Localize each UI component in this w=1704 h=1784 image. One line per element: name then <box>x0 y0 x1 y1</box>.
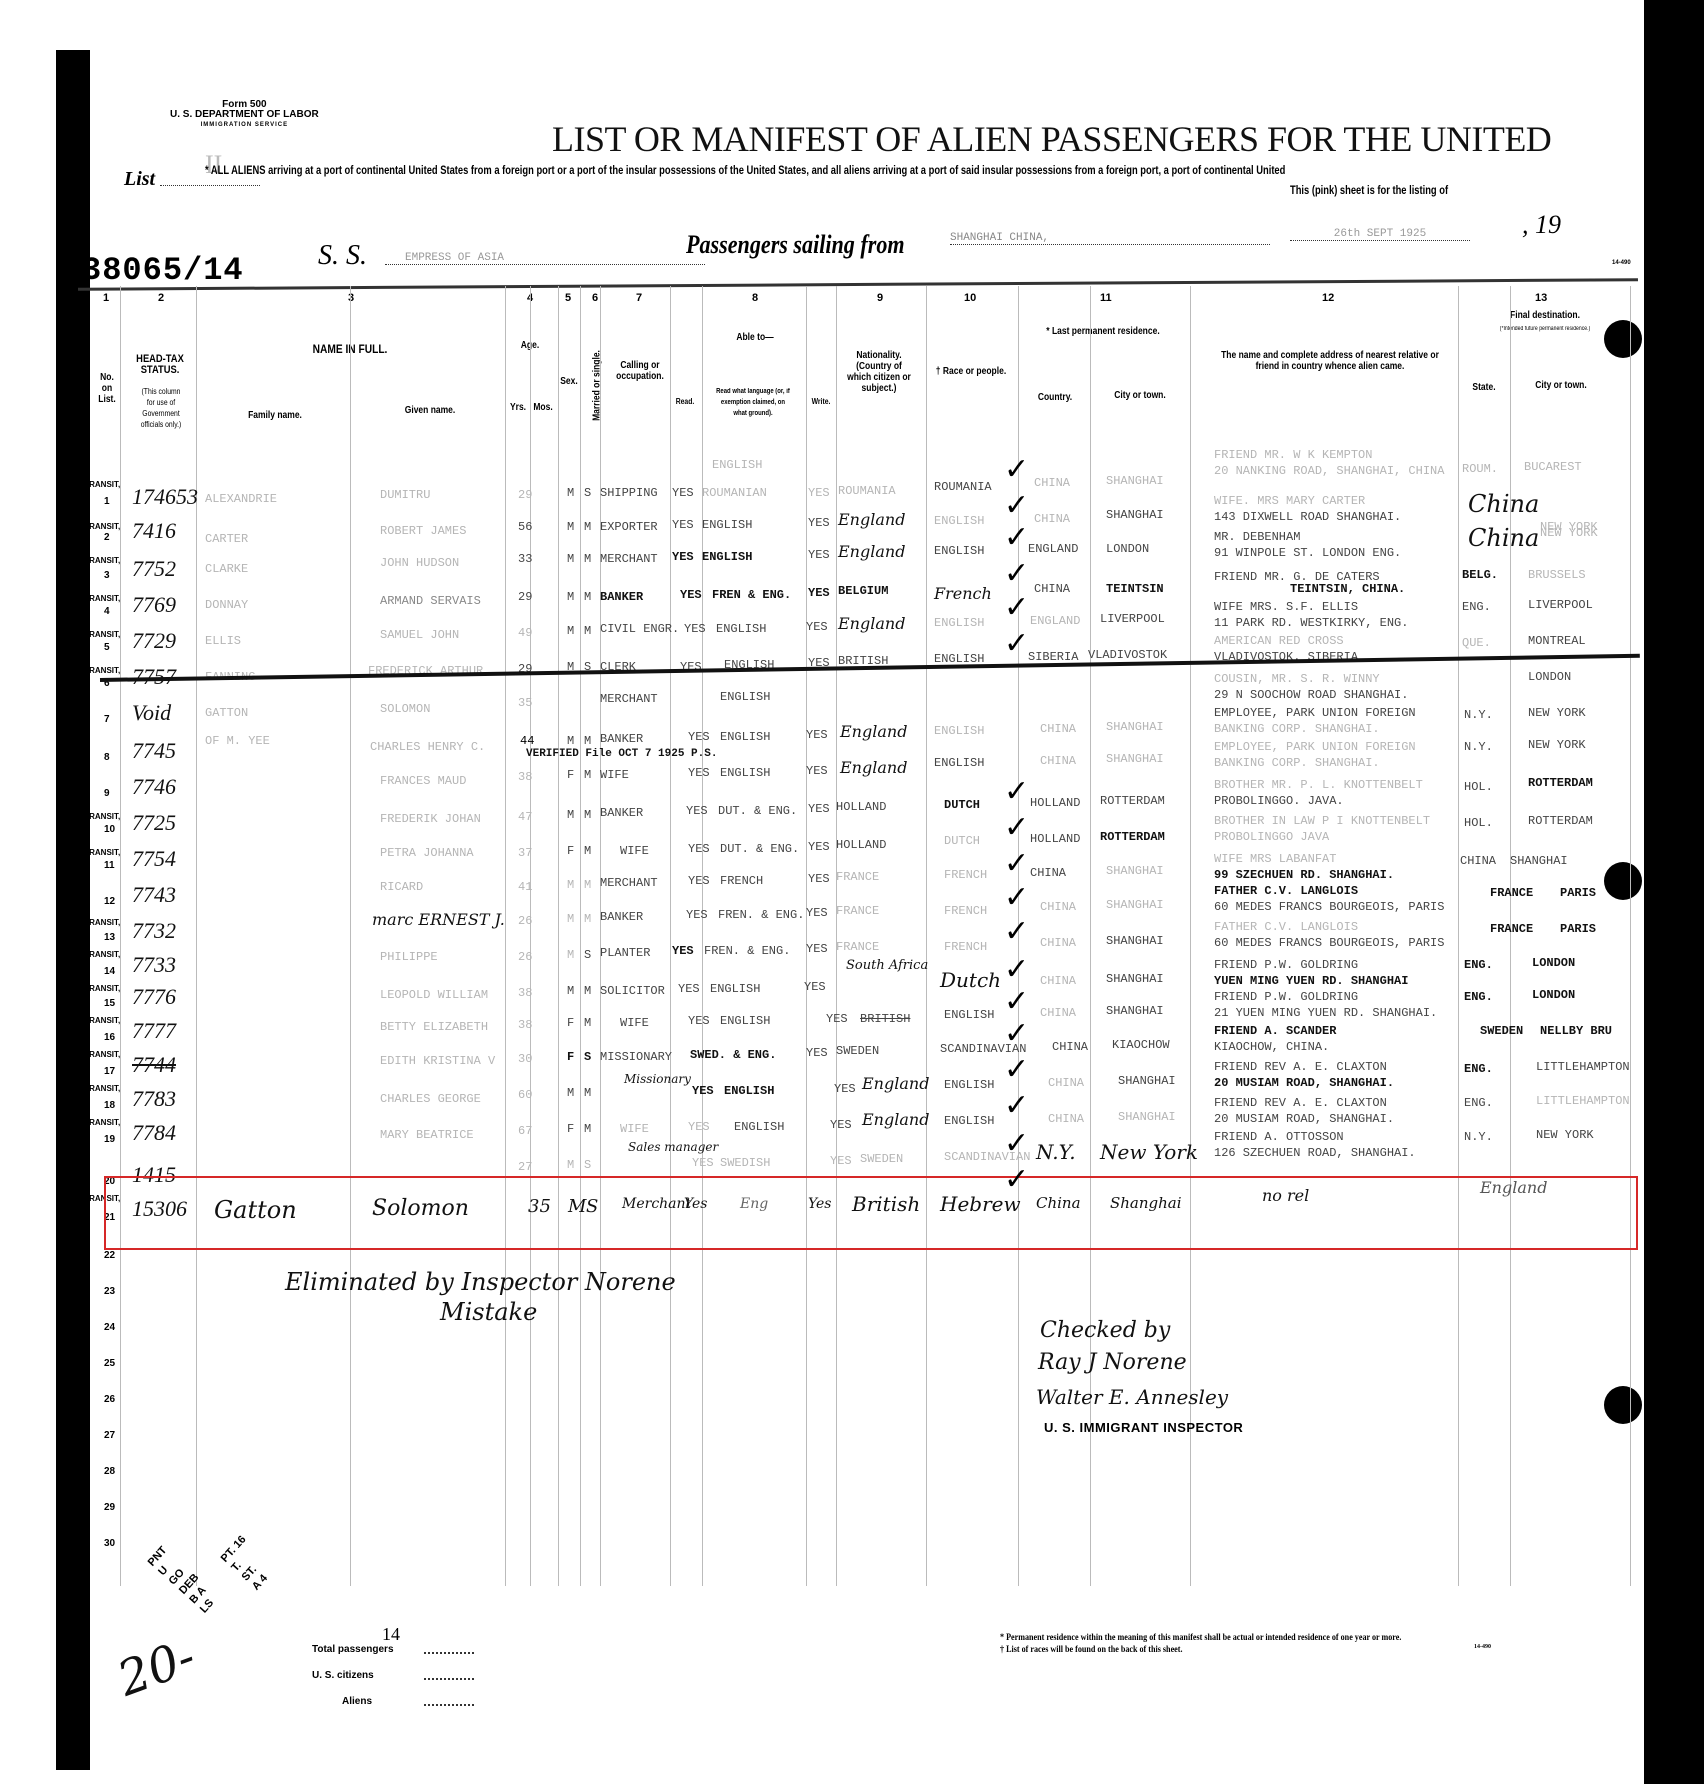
cell-given-name: MARY BEATRICE <box>380 1128 474 1142</box>
cell-family-name: GATTON <box>205 706 248 720</box>
head-tax-number: 7729 <box>132 628 176 654</box>
header-no-on-list: No. on List. <box>96 372 118 405</box>
cell-given-name: Solomon <box>372 1196 469 1221</box>
cell-city: TEINTSIN <box>1106 582 1164 596</box>
cell-write: YES <box>806 1046 828 1060</box>
cell-read: YES <box>692 1156 714 1170</box>
cell-race: ENGLISH <box>944 1078 994 1092</box>
cell-note: ENGLISH <box>712 458 762 472</box>
cell-write: YES <box>806 906 828 920</box>
cell-state: HOL. <box>1464 816 1493 830</box>
cell-occupation: BANKER <box>600 806 643 820</box>
in-transit-label: IN TRANSIT, <box>74 556 120 565</box>
checkmark-icon: ✓ <box>1004 914 1029 949</box>
cell-relative: FATHER C.V. LANGLOIS <box>1214 884 1358 898</box>
header-city: City or town. <box>1106 390 1174 401</box>
stamp-number: 20- <box>111 1628 203 1707</box>
cell-language: ENGLISH <box>720 766 770 780</box>
cell-read: YES <box>688 1014 710 1028</box>
cell-city: ROTTERDAM <box>1100 830 1165 844</box>
department-name: U. S. DEPARTMENT OF LABOR <box>170 110 319 120</box>
cell-write: YES <box>808 872 830 886</box>
cell-language: ENGLISH <box>734 1120 784 1134</box>
cell-age: 35 <box>518 696 532 710</box>
cell-age: 35 <box>528 1196 551 1217</box>
punch-hole <box>1604 862 1642 900</box>
cell-read: YES <box>684 622 706 636</box>
col-num: 10 <box>964 292 976 304</box>
cell-age: 26 <box>518 914 532 928</box>
cell-nationality: England <box>862 1074 929 1093</box>
cell-occupation: EXPORTER <box>600 520 658 534</box>
row-number: 17 <box>104 1066 115 1077</box>
cell-marital: M <box>584 878 591 892</box>
col-num: 12 <box>1322 292 1334 304</box>
cell-nationality: FRANCE <box>836 940 879 954</box>
header-able-to: Able to— <box>717 332 794 343</box>
cell-marital: M <box>584 844 591 858</box>
cell-state: England <box>1480 1178 1547 1197</box>
cell-age: 38 <box>518 1018 532 1032</box>
cell-dest-city: LIVERPOOL <box>1528 598 1593 612</box>
checkmark-icon: ✓ <box>1004 984 1029 1019</box>
cell-dest-city: LITTLEHAMPTON <box>1536 1094 1630 1108</box>
cell-occupation: Sales manager <box>628 1140 718 1154</box>
cell-relative: FRIEND REV A. E. CLAXTON <box>1214 1096 1387 1110</box>
cell-country: CHINA <box>1040 936 1076 950</box>
cell-marital: S <box>586 1196 598 1217</box>
in-transit-label: IN TRANSIT, <box>74 1050 120 1059</box>
cell-read: YES <box>672 486 694 500</box>
cell-city: SHANGHAI <box>1106 864 1164 878</box>
cell-age: 44 <box>520 734 534 748</box>
cell-dest-city: PARIS <box>1560 886 1596 900</box>
cell-race: FRENCH <box>944 904 987 918</box>
cell-read: YES <box>672 550 694 564</box>
cell-age: 38 <box>518 770 532 784</box>
head-tax-number: 7746 <box>132 774 176 800</box>
cell-given-name: ROBERT JAMES <box>380 524 466 538</box>
checkmark-icon: ✓ <box>1004 880 1029 915</box>
cell-nationality: SWEDEN <box>860 1152 903 1166</box>
cell-state: QUE. <box>1462 636 1491 650</box>
checkmark-icon: ✓ <box>1004 952 1029 987</box>
list-label: List <box>124 168 155 191</box>
cell-given-name: SOLOMON <box>380 702 430 716</box>
cell-dest-city: LONDON <box>1528 670 1571 684</box>
cell-read: YES <box>678 982 700 996</box>
cell-state: FRANCE <box>1490 922 1533 936</box>
header-sex: Sex. <box>560 376 579 387</box>
cell-family-name: ELLIS <box>205 634 241 648</box>
cell-relative: FRIEND A. SCANDER <box>1214 1024 1336 1038</box>
cell-relative-address: 29 N SOOCHOW ROAD SHANGHAI. <box>1214 688 1408 702</box>
cell-language: ENGLISH <box>702 518 752 532</box>
cell-state: FRANCE <box>1490 886 1533 900</box>
cell-relative-address: KIAOCHOW, CHINA. <box>1214 1040 1329 1054</box>
cell-relative: COUSIN, MR. S. R. WINNY <box>1214 672 1380 686</box>
cell-city: SHANGHAI <box>1106 474 1164 488</box>
cell-nationality: England <box>838 614 905 633</box>
cell-state: N.Y. <box>1464 708 1493 722</box>
cell-dest-city: NEW YORK <box>1540 526 1598 540</box>
cell-occupation: CIVIL ENGR. <box>600 622 679 636</box>
cell-marital: S <box>584 1050 591 1064</box>
cell-write: YES <box>830 1154 852 1168</box>
cell-state: ENG. <box>1464 1096 1493 1110</box>
cell-sex: F <box>567 1050 574 1064</box>
cell-sex: M <box>567 984 574 998</box>
cell-write: YES <box>808 486 830 500</box>
head-tax-number: 174653 <box>132 484 198 510</box>
cell-relative: FRIEND P.W. GOLDRING <box>1214 990 1358 1004</box>
head-tax-number: 7745 <box>132 738 176 764</box>
cell-country: CHINA <box>1034 512 1070 526</box>
cell-family-name: Gatton <box>214 1196 297 1224</box>
header-country: Country. <box>1025 392 1085 403</box>
in-transit-label: IN TRANSIT, <box>74 1084 120 1093</box>
row-number: 16 <box>104 1032 115 1043</box>
cell-marital: M <box>584 768 591 782</box>
cell-occupation: BANKER <box>600 590 643 604</box>
head-tax-number: 7754 <box>132 846 176 872</box>
form-code: 14-490 <box>1612 260 1631 266</box>
cell-relative-address: 60 MEDES FRANCS BOURGEOIS, PARIS <box>1214 900 1444 914</box>
head-tax-number: 7743 <box>132 882 176 908</box>
header-state: State. <box>1465 382 1502 393</box>
us-citizens-label: U. S. citizens <box>312 1670 374 1681</box>
cell-relative-address: BANKING CORP. SHANGHAI. <box>1214 756 1380 770</box>
cell-nationality: ROUMANIA <box>838 484 896 498</box>
cell-language: ENGLISH <box>724 1084 774 1098</box>
cell-dest-city: SHANGHAI <box>1510 854 1568 868</box>
cell-city: LIVERPOOL <box>1100 612 1165 626</box>
footnote-residence: * Permanent residence within the meaning… <box>1000 1632 1401 1642</box>
cell-relative: no rel <box>1262 1186 1309 1205</box>
head-tax-number: Void <box>132 700 171 726</box>
cell-language: SWEDISH <box>720 1156 770 1170</box>
cell-occupation: BANKER <box>600 910 643 924</box>
cell-given-name: JOHN HUDSON <box>380 556 459 570</box>
eliminated-note: Eliminated by Inspector Norene <box>285 1268 676 1296</box>
in-transit-label: IN TRANSIT, <box>74 812 120 821</box>
col-num: 1 <box>103 292 109 304</box>
checked-by-note: Checked by <box>1040 1318 1170 1343</box>
cell-age: 67 <box>518 1124 532 1138</box>
cell-occupation: MERCHANT <box>600 876 658 890</box>
cell-write: YES <box>806 620 828 634</box>
cell-write: YES <box>804 980 826 994</box>
row-number: 14 <box>104 966 115 977</box>
head-tax-number: 7744 <box>132 1052 176 1078</box>
row-number: 18 <box>104 1100 115 1111</box>
row-number: 3 <box>104 570 110 581</box>
cell-city: Shanghai <box>1110 1194 1182 1212</box>
cell-state: N.Y. <box>1464 1130 1493 1144</box>
cell-read: YES <box>692 1084 714 1098</box>
ss-label: S. S. <box>318 240 367 272</box>
cell-write: YES <box>806 728 828 742</box>
header-relative: The name and complete address of nearest… <box>1220 350 1441 372</box>
cell-race: ENGLISH <box>934 544 984 558</box>
col-num: 6 <box>592 292 598 304</box>
cell-race: ENGLISH <box>934 616 984 630</box>
cell-dest-city: NEW YORK <box>1536 1128 1594 1142</box>
cell-dest-city: MONTREAL <box>1528 634 1586 648</box>
header-last-residence: * Last permanent residence. <box>1031 326 1176 337</box>
cell-relative-address: 21 YUEN MING YUEN RD. SHANGHAI. <box>1214 1006 1437 1020</box>
cell-age: 37 <box>518 846 532 860</box>
col-num: 11 <box>1100 292 1112 304</box>
cell-given-name: LEOPOLD WILLIAM <box>380 988 488 1002</box>
cell-relative-address: 20 MUSIAM ROAD, SHANGHAI. <box>1214 1112 1394 1126</box>
cell-dest-city: NEW YORK <box>1528 738 1586 752</box>
head-tax-number: 7783 <box>132 1086 176 1112</box>
cell-country: CHINA <box>1040 1006 1076 1020</box>
in-transit-label: IN TRANSIT, <box>74 480 120 489</box>
cell-marital: M <box>584 552 591 566</box>
cell-marital: M <box>584 808 591 822</box>
cell-write: YES <box>806 764 828 778</box>
punch-hole <box>1604 320 1642 358</box>
checkmark-icon: ✓ <box>1004 452 1029 487</box>
cell-dest-city: LITTLEHAMPTON <box>1536 1060 1630 1074</box>
cell-write: YES <box>806 942 828 956</box>
cell-relative-address: 60 MEDES FRANCS BOURGEOIS, PARIS <box>1214 936 1444 950</box>
cell-country: CHINA <box>1040 900 1076 914</box>
cell-race: DUTCH <box>944 834 980 848</box>
header-head-tax-note: (This column for use of Government offic… <box>137 386 185 430</box>
col-num: 2 <box>158 292 164 304</box>
row-number: 2 <box>104 532 110 543</box>
cell-write: YES <box>808 516 830 530</box>
cell-marital: M <box>584 624 591 638</box>
form-header: Form 500 U. S. DEPARTMENT OF LABOR IMMIG… <box>170 100 319 130</box>
cell-read: YES <box>688 730 710 744</box>
header-final-destination-note: (*Intended future permanent residence.) <box>1481 324 1609 335</box>
cell-age: 47 <box>518 810 532 824</box>
cell-race: Dutch <box>940 968 1001 992</box>
cell-read: YES <box>688 766 710 780</box>
cell-sex: M <box>567 590 574 604</box>
row-number: 15 <box>104 998 115 1009</box>
cell-relative-address: 11 PARK RD. WESTKIRKY, ENG. <box>1214 616 1408 630</box>
cell-relative-address: PROBOLINGGO. JAVA. <box>1214 794 1344 808</box>
cell-occupation: SHIPPING <box>600 486 658 500</box>
cell-age: 60 <box>518 1088 532 1102</box>
cell-city: SHANGHAI <box>1106 898 1164 912</box>
cell-marital: M <box>584 520 591 534</box>
checkmark-icon: ✓ <box>1004 1162 1029 1197</box>
cell-age: 41 <box>518 880 532 894</box>
cell-state: China <box>1468 524 1539 552</box>
cell-nationality: England <box>840 758 907 777</box>
cell-relative-address: 20 NANKING ROAD, SHANGHAI, CHINA <box>1214 464 1444 478</box>
cell-occupation: BANKER <box>600 732 643 746</box>
col-num: 8 <box>752 292 758 304</box>
cell-sex: F <box>567 1016 574 1030</box>
in-transit-label: IN TRANSIT, <box>74 1016 120 1025</box>
cell-city: SHANGHAI <box>1106 720 1164 734</box>
cell-city: SHANGHAI <box>1118 1074 1176 1088</box>
cell-country: CHINA <box>1040 754 1076 768</box>
cell-read: YES <box>688 1120 710 1134</box>
cell-city: SHANGHAI <box>1106 1004 1164 1018</box>
cell-race: ENGLISH <box>934 724 984 738</box>
head-tax-number: 7784 <box>132 1120 176 1146</box>
cell-dest-city: ROTTERDAM <box>1528 776 1593 790</box>
cell-dest-city: ROTTERDAM <box>1528 814 1593 828</box>
cell-relative: FRIEND A. OTTOSSON <box>1214 1130 1344 1144</box>
cell-marital: M <box>584 590 591 604</box>
header-final-destination: Final destination. <box>1481 310 1609 321</box>
cell-write: YES <box>826 1012 848 1026</box>
in-transit-label: IN TRANSIT, <box>74 522 120 531</box>
cell-given-name: SAMUEL JOHN <box>380 628 459 642</box>
header-write: Write. <box>810 396 832 407</box>
cell-relative: BROTHER IN LAW P I KNOTTENBELT <box>1214 814 1430 828</box>
row-number: 19 <box>104 1134 115 1145</box>
cell-sex: M <box>567 486 574 500</box>
cell-occupation: WIFE <box>600 768 629 782</box>
pink-sheet-note: This (pink) sheet is for the listing of <box>1290 183 1448 197</box>
cell-nationality: BRITISH <box>860 1012 910 1026</box>
cell-occupation: Merchant <box>622 1196 691 1212</box>
col-num: 3 <box>348 292 354 304</box>
cell-state: ROUM. <box>1462 462 1498 476</box>
mistake-note: Mistake <box>440 1298 537 1326</box>
cell-nationality: South Africa <box>846 958 928 973</box>
cell-language: ENGLISH <box>720 1014 770 1028</box>
head-tax-number: 7732 <box>132 918 176 944</box>
cell-read: YES <box>680 588 702 602</box>
cell-occupation: WIFE <box>620 1122 649 1136</box>
cell-city: SHANGHAI <box>1106 508 1164 522</box>
header-age-yrs: Yrs. <box>510 402 527 413</box>
cell-given-name: PHILIPPE <box>380 950 438 964</box>
header-nationality: Nationality. (Country of which citizen o… <box>846 350 912 394</box>
row-number: 10 <box>104 824 115 835</box>
cell-relative: WIFE MRS LABANFAT <box>1214 852 1336 866</box>
checkmark-icon: ✓ <box>1004 1088 1029 1123</box>
cell-nationality: England <box>838 542 905 561</box>
cell-occupation: Missionary <box>624 1072 691 1086</box>
header-race: † Race or people. <box>933 366 1010 377</box>
cell-write: YES <box>808 548 830 562</box>
cell-country: HOLLAND <box>1030 796 1080 810</box>
cell-write: YES <box>808 802 830 816</box>
cell-relative: FRIEND REV A. E. CLAXTON <box>1214 1060 1387 1074</box>
departure-port: SHANGHAI CHINA, <box>950 232 1270 245</box>
cell-nationality: HOLLAND <box>836 838 886 852</box>
cell-given-name: CHARLES GEORGE <box>380 1092 481 1106</box>
cell-sex: F <box>567 1122 574 1136</box>
cell-city: SHANGHAI <box>1106 934 1164 948</box>
list-field <box>160 185 260 186</box>
head-tax-number: 7733 <box>132 952 176 978</box>
punch-hole <box>1604 1386 1642 1424</box>
cell-age: 27 <box>518 1160 532 1174</box>
row-number: 27 <box>104 1430 115 1441</box>
checkmark-icon: ✓ <box>1004 590 1029 625</box>
cell-city: New York <box>1100 1140 1198 1164</box>
in-transit-label: IN TRANSIT, <box>74 848 120 857</box>
cell-nationality: BELGIUM <box>838 584 888 598</box>
footnote-races: † List of races will be found on the bac… <box>1000 1644 1182 1654</box>
cell-sex: M <box>567 912 574 926</box>
scan-right-edge <box>1644 0 1704 1784</box>
cell-language: ENGLISH <box>702 550 752 564</box>
cell-family-name: CARTER <box>205 532 248 546</box>
scan-left-edge <box>56 50 90 1770</box>
cell-nationality: British <box>852 1192 920 1216</box>
row-number: 5 <box>104 642 110 653</box>
aliens-label: Aliens <box>342 1696 372 1707</box>
cell-language: ENGLISH <box>716 622 766 636</box>
cell-relative: AMERICAN RED CROSS <box>1214 634 1344 648</box>
cell-age: 29 <box>518 590 532 604</box>
cell-sex: M <box>567 520 574 534</box>
cell-race: ENGLISH <box>944 1114 994 1128</box>
header-read: Read. <box>674 396 696 407</box>
cell-city: SHANGHAI <box>1118 1110 1176 1124</box>
total-passengers-value: 14 <box>382 1624 400 1645</box>
cell-sex: M <box>567 552 574 566</box>
cell-country: CHINA <box>1040 722 1076 736</box>
row-number: 24 <box>104 1322 115 1333</box>
cell-relative: BROTHER MR. P. L. KNOTTENBELT <box>1214 778 1423 792</box>
service-name: IMMIGRATION SERVICE <box>170 120 319 130</box>
cell-state: ENG. <box>1464 958 1493 972</box>
cell-given-name: CHARLES HENRY C. <box>370 740 485 754</box>
cell-marital: M <box>584 912 591 926</box>
cell-state: SWEDEN <box>1480 1024 1523 1038</box>
cell-state: BELG. <box>1462 568 1498 582</box>
sailing-from-label: Passengers sailing from <box>686 230 905 260</box>
cell-country: CHINA <box>1052 1040 1088 1054</box>
cell-nationality: SWEDEN <box>836 1044 879 1058</box>
cell-write: YES <box>834 1082 856 1096</box>
cell-read: YES <box>688 874 710 888</box>
cell-race: DUTCH <box>944 798 980 812</box>
cell-given-name: DUMITRU <box>380 488 430 502</box>
cell-marital: M <box>584 734 591 748</box>
cell-relative-address: TEINTSIN, CHINA. <box>1290 582 1405 596</box>
cell-read: YES <box>688 842 710 856</box>
cell-language: ENGLISH <box>720 690 770 704</box>
cell-dest-city: BRUSSELS <box>1528 568 1586 582</box>
checkmark-icon: ✓ <box>1004 1016 1029 1051</box>
head-tax-number: 7752 <box>132 556 176 582</box>
cell-sex: M <box>568 1196 586 1217</box>
cell-sex: M <box>567 734 574 748</box>
page-title: LIST OR MANIFEST OF ALIEN PASSENGERS FOR… <box>552 118 1551 160</box>
departure-date: 26th SEPT 1925 <box>1290 228 1470 241</box>
cell-marital: M <box>584 1016 591 1030</box>
cell-write: Yes <box>808 1196 832 1212</box>
cell-relative: FRIEND P.W. GOLDRING <box>1214 958 1358 972</box>
in-transit-label: IN TRANSIT, <box>74 984 120 993</box>
cell-language: DUT. & ENG. <box>720 842 799 856</box>
cell-dest-city: NEW YORK <box>1528 706 1586 720</box>
row-number: 25 <box>104 1358 115 1369</box>
col-num: 13 <box>1535 292 1547 304</box>
cell-race: FRENCH <box>944 868 987 882</box>
row-number: 26 <box>104 1394 115 1405</box>
inspector-signature-1: Ray J Norene <box>1038 1350 1187 1375</box>
cell-sex: F <box>567 768 574 782</box>
in-transit-label: IN TRANSIT, <box>74 918 120 927</box>
